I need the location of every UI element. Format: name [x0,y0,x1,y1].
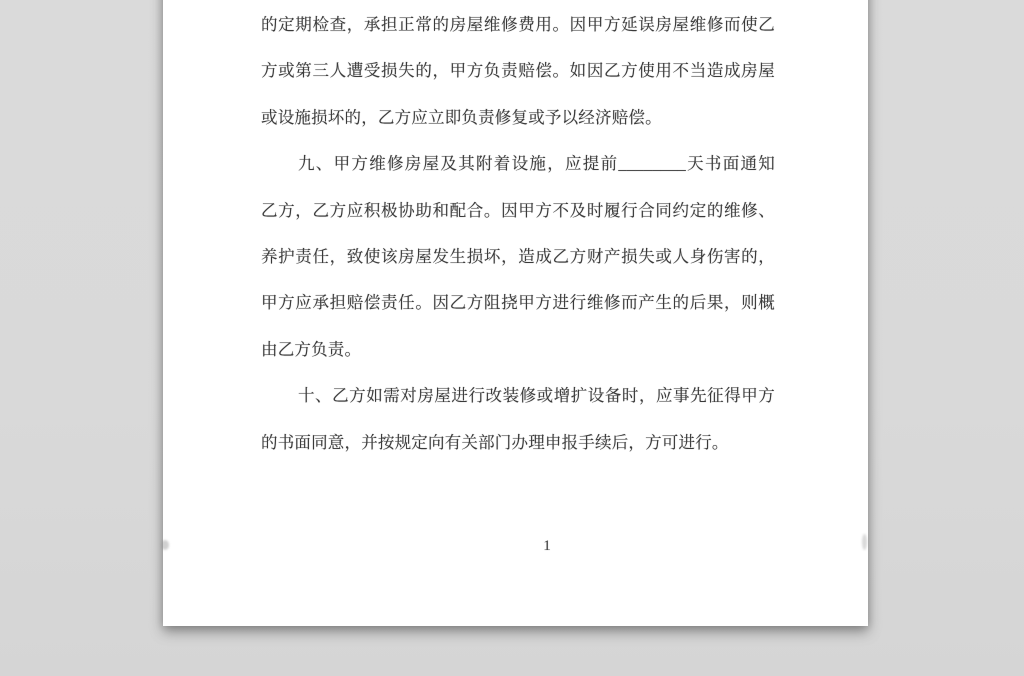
document-page: 的定期检查，承担正常的房屋维修费用。因甲方延误房屋维修而使乙 方或第三人遭受损失… [163,0,868,626]
document-line: 由乙方负责。 [261,339,775,363]
document-line-clause-9: 九、甲方维修房屋及其附着设施，应提前________天书面通知 [261,153,775,177]
document-line-clause-10: 十、乙方如需对房屋进行改装修或增扩设备时，应事先征得甲方 [261,385,775,409]
document-line: 甲方应承担赔偿责任。因乙方阻挠甲方进行维修而产生的后果，则概 [261,292,775,316]
page-number: 1 [537,536,557,556]
scan-artifact-right [862,534,867,550]
document-line: 或设施损坏的，乙方应立即负责修复或予以经济赔偿。 [261,107,775,131]
contract-text-block: 的定期检查，承担正常的房屋维修费用。因甲方延误房屋维修而使乙 方或第三人遭受损失… [261,0,775,626]
scan-artifact-left [161,540,169,550]
document-line: 乙方，乙方应积极协助和配合。因甲方不及时履行合同约定的维修、 [261,200,775,224]
document-viewer-background: 的定期检查，承担正常的房屋维修费用。因甲方延误房屋维修而使乙 方或第三人遭受损失… [0,0,1024,676]
document-line: 方或第三人遭受损失的，甲方负责赔偿。如因乙方使用不当造成房屋 [261,60,775,84]
document-line: 养护责任，致使该房屋发生损坏，造成乙方财产损失或人身伤害的， [261,246,775,270]
document-line: 的书面同意，并按规定向有关部门办理申报手续后，方可进行。 [261,432,775,456]
document-line: 的定期检查，承担正常的房屋维修费用。因甲方延误房屋维修而使乙 [261,14,775,38]
